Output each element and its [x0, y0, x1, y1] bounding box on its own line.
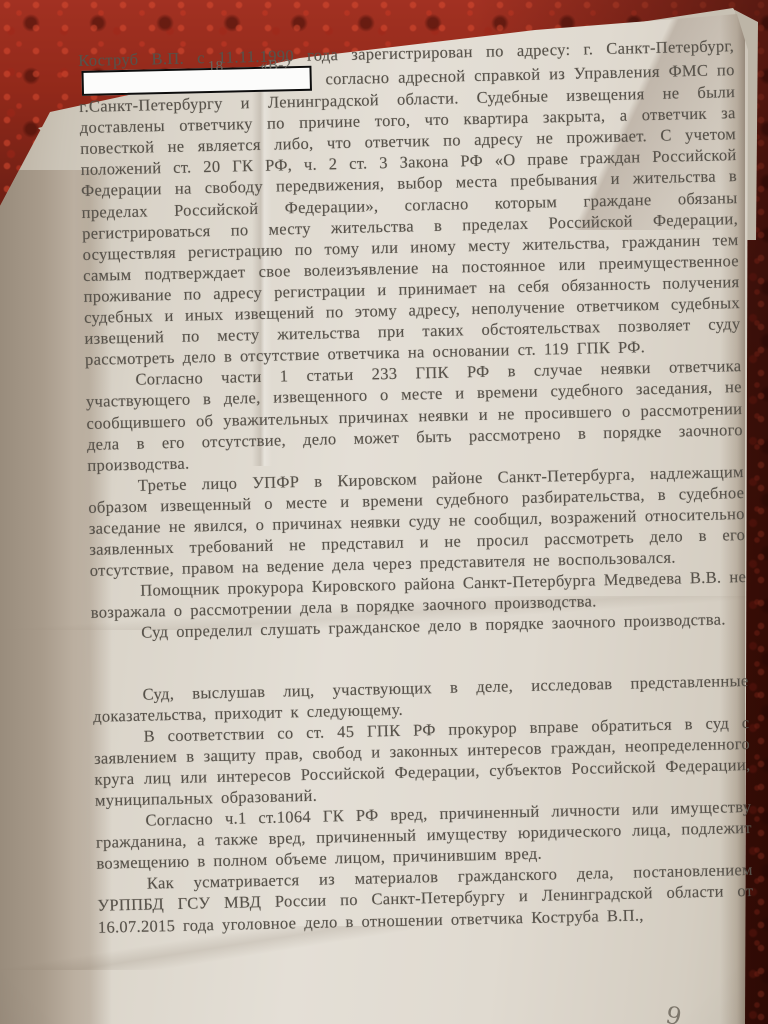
redaction-box: 18«В-2: [81, 66, 312, 96]
document-text: Коструб В.П. с 11.11.1990 года зарегистр…: [78, 35, 754, 937]
redacted-text-fragment: 18: [208, 60, 224, 70]
paragraph: Коструб В.П. с 11.11.1990 года зарегистр…: [78, 35, 741, 370]
paragraph: Третье лицо УПФР в Кировском районе Санк…: [88, 461, 746, 581]
paragraph-text: согласно адресной справкой из Управления…: [79, 60, 741, 369]
photo-of-document: Коструб В.П. с 11.11.1990 года зарегистр…: [0, 0, 768, 1024]
paragraph: Согласно части 1 статьи 233 ГПК РФ в слу…: [85, 355, 743, 475]
paragraph: В соответствии со ст. 45 ГПК РФ прокурор…: [93, 712, 751, 811]
redacted-text-fragment: «В-2: [260, 58, 291, 69]
